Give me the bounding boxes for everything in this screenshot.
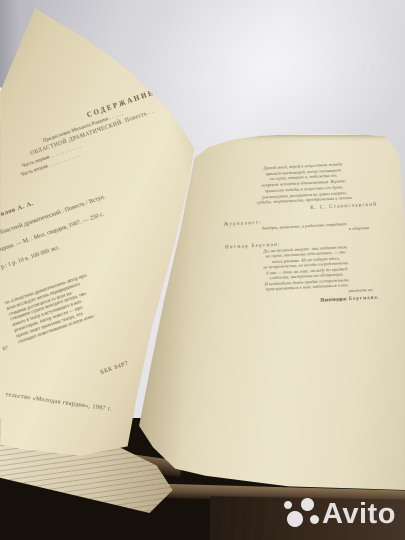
isbn-fragment: 87 — [2, 345, 9, 352]
quote-line: А они — там, на лице, на виду до крайней — [230, 264, 382, 277]
epigraph: Думой моей, верой и искусством живёт арт… — [233, 160, 375, 207]
avito-watermark: Avito — [282, 495, 402, 535]
annotation-line: орошо знает проблемы театра, что — [16, 285, 162, 340]
toc-entry: Часть вторая . . . . . . . . . . . . . — [20, 152, 81, 178]
annotation-line: вски исследует жизнь периферийного — [6, 258, 152, 313]
avito-brand-text: Avito — [322, 495, 396, 533]
book-photo: Думой моей, верой и искусством живёт арт… — [0, 0, 405, 540]
annotation-line: ти «Областной драматический» автор про- — [4, 252, 150, 307]
quote-source-name: Ингмара Бергмана. — [320, 296, 380, 304]
speaker-bergman: Ингмар Бергман: — [225, 237, 389, 251]
quote-line: И необходимо быть крайне осторожными, — [231, 275, 383, 288]
epigraph-line: артист настоящий; всему посвящает — [233, 165, 373, 178]
annotation-line: анного в театр и вступившего в кон- — [12, 274, 158, 329]
avito-logo-icon — [301, 498, 314, 511]
annotation-line: ствований судьба молодого актёра, тво- — [10, 269, 156, 324]
quote-line: прислушиваться к ним, заботиться о них, — [231, 281, 383, 294]
annotation-line: сообщает повествованию особую атмо- — [17, 291, 163, 346]
quote-source-prefix: Из интервью — [320, 298, 347, 304]
quote-line: Актёры, возможно, и радостно страдают — [228, 219, 380, 232]
avito-logo-icon — [284, 501, 292, 509]
journalist-question: Актёры, возможно, и радостно страдают в … — [228, 219, 380, 238]
toc-entry: Часть первая . . . . . . . . . . . . . — [21, 143, 82, 169]
avito-logo-icon — [310, 515, 319, 524]
quote-line: уважать их. — [232, 286, 384, 299]
bbk-code: ББК 84Р7 — [92, 23, 126, 41]
catalog-imprint: щина. — М. : Мол. гвардия, 1987. — 250 с… — [0, 212, 105, 253]
publisher-colophon: тельство «Молодая гвардия», 1987 г. — [5, 392, 112, 413]
speaker-journalist: Журналист: — [224, 214, 388, 228]
epigraph-line: судьбы, жертвенности, преображения и жиз… — [235, 194, 375, 207]
contents-heading: СОДЕРЖАНИЕ — [86, 89, 156, 120]
epigraph-line: искренне остаётся вдохновенным. Верьте: — [234, 177, 374, 190]
catalog-title: бластной драматический : Повесть / Вступ… — [0, 194, 106, 236]
right-page-text: Думой моей, верой и искусством живёт арт… — [215, 159, 392, 309]
catalog-author: ялов А. А. — [0, 200, 35, 218]
annotation-line: стования достигается со всей на- — [8, 263, 154, 318]
quote-line: в общении. — [228, 225, 380, 238]
epigraph-line: распахнутая, раскрытая на грани смерти, — [234, 188, 374, 201]
bbk-index: К 45 — [94, 36, 111, 49]
epigraph-line: он сцену, творит и, побеждая зло, — [234, 171, 374, 184]
epigraph-signature: К. С. Станиславский — [217, 202, 377, 215]
toc-entry: Предисловие Михаила Рощина . . . . . . — [42, 111, 124, 144]
epigraph-line: приносит победы в искусство его душа, — [234, 183, 374, 196]
quote-line: на сцене, выставляя себя напоказ, — они — [230, 248, 382, 261]
bbk-code-top: ББК 84Р7 К 45 — [49, 19, 137, 56]
bergman-answer: Да, на десятой минуте: они отдают там, н… — [229, 242, 383, 299]
quote-line: Да, на десятой минуте: они отдают там, — [229, 242, 381, 255]
bbk-code-bottom: ББК 84Р7 — [100, 361, 130, 376]
catalog-price: р.: 1 р. 10 к. 100 000 экз. — [0, 245, 60, 271]
toc-entry: ОБЛАСТНОЙ ДРАМАТИЧЕСКИЙ. Повесть . . — [30, 109, 155, 157]
annotation-paragraph: ти «Областной драматический» автор про- … — [4, 252, 164, 349]
quote-line: слабости, настроены на абстракции. — [231, 270, 383, 283]
quote-line: не встревожены, но всегда сосредоточены. — [230, 259, 382, 272]
annotation-line: режиссёром. Автор повести — про- — [14, 280, 160, 335]
avito-logo-icon — [287, 511, 303, 527]
quote-source: Из интервью Ингмара Бергмана. — [222, 296, 380, 309]
epigraph-line: Думой моей, верой и искусством живёт — [233, 160, 373, 173]
quote-line: очень ранимы. Но не гибнут здесь, — [230, 253, 382, 266]
